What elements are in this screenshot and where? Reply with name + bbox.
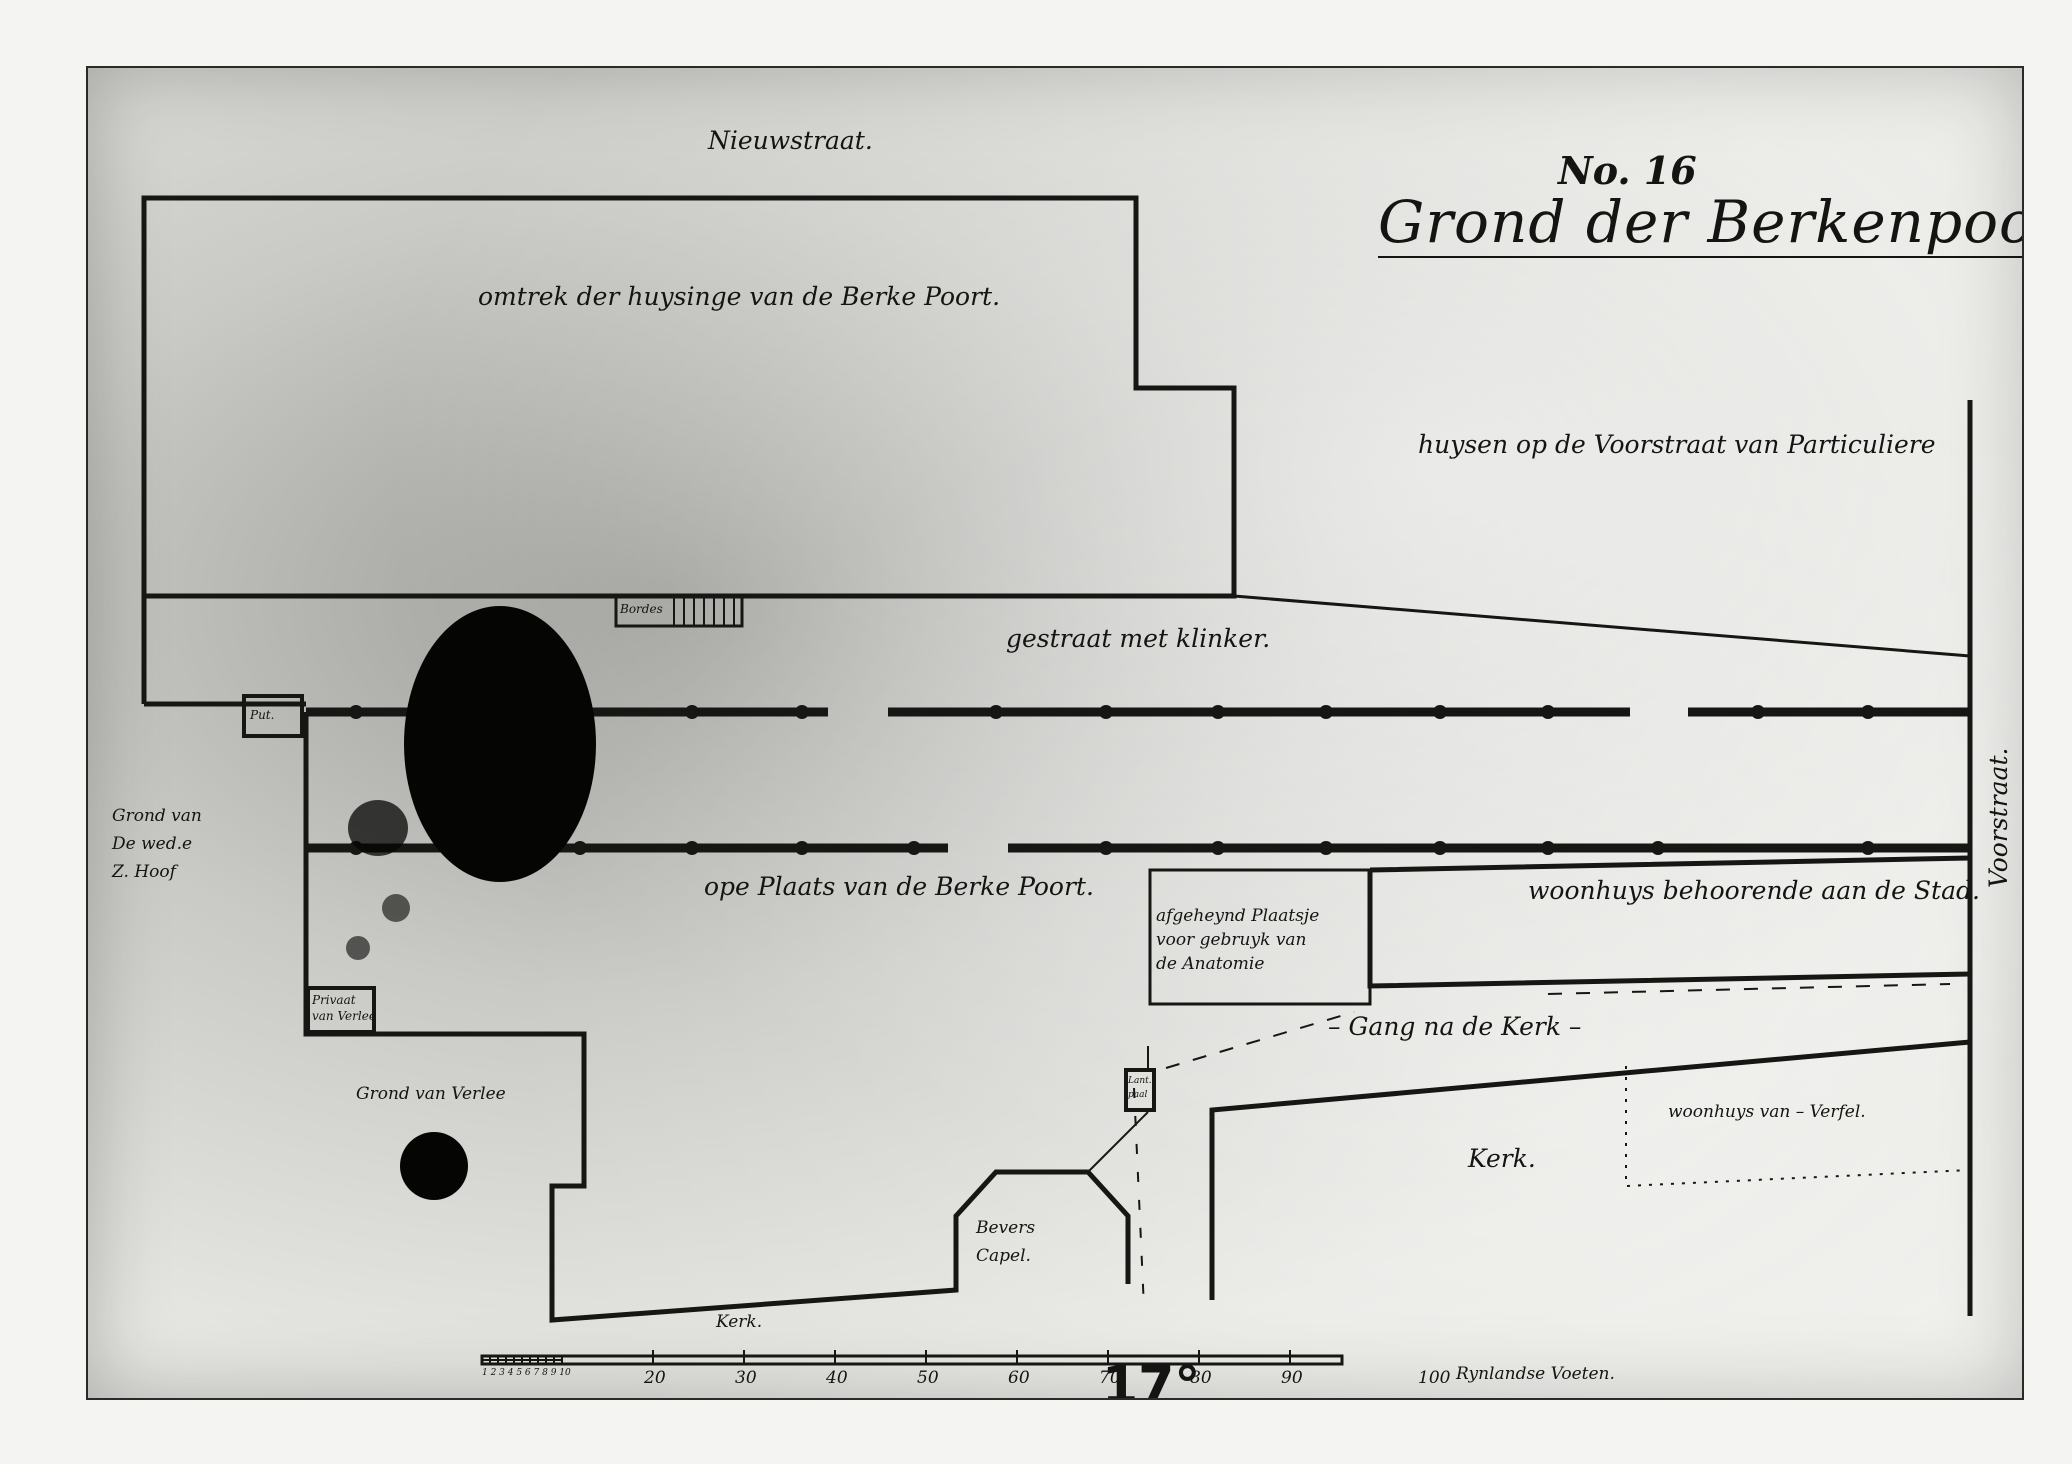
label-grond-weduwe: Grond van De wed.e Z. Hoof — [112, 802, 202, 886]
label-bordes: Bordes — [620, 602, 663, 616]
scale-bar — [482, 1350, 1342, 1364]
scale-tick: 60 — [1008, 1368, 1030, 1388]
label-grond-verlee: Grond van Verlee — [356, 1084, 506, 1104]
scale-tick: 20 — [644, 1368, 666, 1388]
map-number: No. 16 — [1558, 148, 1697, 193]
map-title: Grond der Berkenpoort — [1378, 188, 2024, 258]
scale-tick: 50 — [917, 1368, 939, 1388]
scale-tick: 100 — [1418, 1368, 1450, 1388]
label-privaat: Privaat van Verlee — [312, 992, 376, 1024]
archive-stamp-number: 17° — [1102, 1356, 1200, 1400]
street-label-voorstraat: Voorstraat. — [1984, 748, 2013, 888]
main-building-outline — [144, 198, 1234, 596]
scale-tick: 90 — [1281, 1368, 1303, 1388]
label-open-square: ope Plaats van de Berke Poort. — [704, 872, 1094, 901]
label-kerk: Kerk. — [1468, 1144, 1536, 1173]
label-woonhuys-verfel: woonhuys van – Verfel. — [1668, 1102, 1866, 1122]
label-chapel: Bevers Capel. — [976, 1214, 1035, 1270]
label-paved: gestraat met klinker. — [1006, 624, 1270, 653]
scale-small-ticks: 1 2 3 4 5 6 7 8 9 10 — [482, 1368, 571, 1378]
street-label-nieuwstraat: Nieuwstraat. — [708, 126, 873, 155]
label-small-box: Lant. paal — [1128, 1074, 1152, 1102]
label-kerk-bottom: Kerk. — [716, 1312, 762, 1332]
map-sheet: No. 16 Grond der Berkenpoort Nieuwstraat… — [86, 66, 2024, 1400]
ink-blots — [346, 606, 596, 1200]
scale-tick: 40 — [826, 1368, 848, 1388]
label-anatomie: afgeheynd Plaatsje voor gebruyk van de A… — [1156, 904, 1319, 976]
label-main-building: omtrek der huysinge van de Berke Poort. — [478, 282, 1000, 311]
label-gang: – Gang na de Kerk – — [1328, 1012, 1581, 1041]
scale-unit: Rynlandse Voeten. — [1456, 1364, 1615, 1384]
label-voorstraat-houses: huysen op de Voorstraat van Particuliere — [1418, 430, 1936, 459]
scale-tick: 30 — [735, 1368, 757, 1388]
kerk-outline — [1212, 1042, 1970, 1300]
label-put: Put. — [250, 708, 274, 722]
label-stadshuis: woonhuys behoorende aan de Stad. — [1528, 876, 1980, 905]
plan-drawing — [88, 68, 2022, 1398]
